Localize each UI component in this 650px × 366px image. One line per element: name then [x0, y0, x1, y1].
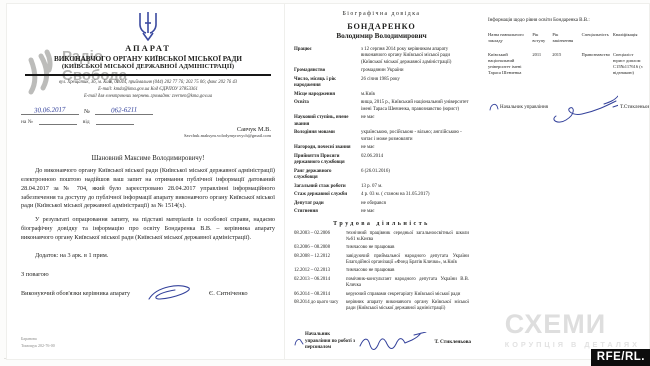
bio-field-row: Місце народженням.Київ — [294, 92, 469, 98]
addressee-email: Savchuk.maksym.volodymyrovych@gmail.com — [21, 133, 271, 138]
cell-year-end: 2015 — [552, 52, 578, 76]
col-header-year-start: Рік вступу — [532, 32, 549, 44]
handwritten-date: 30.06.2017 — [34, 106, 66, 115]
handwritten-mark-icon — [488, 101, 500, 113]
from-label: від — [83, 119, 90, 125]
ref-number-row: 30.06.2017 № 062-6211 — [21, 106, 275, 115]
bio-given-names: Володимир Володимирович — [294, 32, 469, 40]
work-row: 12.2012 – 02.2013тимчасово не працював — [294, 268, 469, 274]
letter-paragraph-2: У результаті опрацювання запиту, на підс… — [21, 216, 275, 242]
field-label: Ранг державного службовця — [294, 169, 356, 182]
salutation: Шановний Максиме Володимировичу! — [21, 155, 275, 162]
bio-field-row: Загальний стаж роботи13 р. 07 м. — [294, 184, 469, 190]
work-period: 06.2014 – 08.2014 — [294, 292, 341, 298]
work-row: 08.2008 – 12.2012завідуючий приймальної … — [294, 254, 469, 266]
field-label: Нагороди, почесні звання — [294, 145, 356, 151]
letter-signer-title: Виконуючий обов'язки керівника апарату — [21, 290, 143, 297]
bio-field-row: Громадянствогромадянин України — [294, 68, 469, 74]
blank-line — [96, 124, 134, 125]
field-value: з 12 серпня 2014 року керівником апарату… — [361, 47, 469, 66]
education-signer-title: Начальник управління — [500, 105, 548, 110]
work-desc: керуючий справами секретаріату Київської… — [346, 292, 469, 298]
letter-address-line3: E-mail для електронних звернень громадян… — [21, 93, 275, 100]
field-label: Місце народження — [294, 92, 356, 98]
letter-signature-row: Виконуючий обов'язки керівника апарату Є… — [21, 282, 275, 306]
field-value: м.Київ — [361, 92, 469, 98]
field-label: Науковий ступінь, вчене звання — [294, 115, 356, 128]
bio-field-row: Прийняття Присяги державного службовця02… — [294, 154, 469, 167]
attachment-note: Додаток: на 3 арк. в 1 прим. — [21, 252, 275, 259]
work-row: 08.2014 до цього часукерівник апарату ви… — [294, 300, 469, 312]
field-label: Прийняття Присяги державного службовця — [294, 154, 356, 167]
bio-field-row: Стягненняне має — [294, 209, 469, 215]
ukraine-trident-icon — [136, 11, 160, 41]
field-value: 13 р. 07 м. — [361, 184, 469, 190]
letter-address-line2: E-mail: kmda@kma.gov.ua Код ЄДРПОУ 37853… — [21, 86, 275, 93]
work-desc: тимчасово не працював — [346, 268, 469, 274]
work-history-list: 08.2003 – 02.2006технічний працівник сер… — [294, 231, 469, 313]
letter-org-line1: АПАРАТ — [21, 43, 275, 53]
field-value: 26 січня 1985 року — [361, 77, 469, 90]
work-row: 06.2014 – 08.2014керуючий справами секре… — [294, 292, 469, 298]
work-desc: завідуючий приймальної народного депутат… — [346, 254, 469, 266]
handwritten-mark-icon — [293, 336, 305, 348]
work-history-title: Трудова діяльність — [294, 221, 469, 227]
bio-signer-name: Т. Стикленьова — [434, 339, 471, 345]
header-rule — [25, 74, 271, 76]
field-value: українською, російською - вільно; англій… — [361, 130, 469, 143]
letter-org-line3: (КИЇВСЬКОЇ МІСЬКОЇ ДЕРЖАВНОЇ АДМІНІСТРАЦ… — [21, 63, 275, 70]
work-desc: керівник апарату виконавчого органу Київ… — [346, 300, 469, 312]
number-sign-label: № — [84, 109, 90, 115]
work-desc: тимчасово не працював — [346, 245, 469, 251]
bio-signer-title: Начальник управління по роботі з персона… — [305, 332, 356, 351]
schemes-watermark: СХЕМИ КОРУПЦІЯ В ДЕТАЛЯХ — [505, 311, 640, 349]
bio-field-row: Науковий ступінь, вчене званняне має — [294, 115, 469, 128]
cell-specialty: Правознавство — [582, 52, 610, 76]
executor-name: Баранова — [21, 336, 55, 343]
work-period: 08.2008 – 12.2012 — [294, 254, 341, 266]
field-label: Громадянство — [294, 68, 356, 74]
education-document: Інформація щодо рівня освіти Бондаренка … — [477, 3, 650, 360]
education-table: Назва навчального закладу Рік вступу Рік… — [488, 32, 643, 76]
letter-document: Радіо Свобода АПАРАТ ВИКОНАВЧОГО ОРГАНУ … — [6, 3, 288, 360]
bio-field-row: Володіння мовамиукраїнською, російською … — [294, 130, 469, 143]
col-header-qualification: Кваліфікація — [613, 32, 643, 44]
executor-phone: Тимощук 202-76-00 — [21, 343, 55, 350]
col-header-institution: Назва навчального закладу — [488, 32, 529, 44]
work-period: 12.2012 – 02.2013 — [294, 268, 341, 274]
work-period: 02.2013 – 06.2014 — [294, 277, 341, 289]
addressee-name: Савчук М.В. — [21, 126, 271, 133]
field-value: 4 р. 03 м. ( станом на 31.05.2017) — [361, 192, 469, 198]
on-number-label: на № — [21, 119, 33, 125]
field-label: Стаж державної служби — [294, 192, 356, 198]
executor-footer: Баранова Тимощук 202-76-00 — [21, 336, 55, 350]
letter-signer-name: Є. Ситніченко — [209, 290, 248, 297]
col-header-year-end: Рік закінчення — [552, 32, 578, 44]
col-header-specialty: Спеціальність — [582, 32, 610, 44]
bio-doc-type: Біографічна довідка — [294, 11, 469, 17]
scanned-documents-canvas: Радіо Свобода АПАРАТ ВИКОНАВЧОГО ОРГАНУ … — [0, 0, 650, 366]
bio-field-row: Працюєз 12 серпня 2014 року керівником а… — [294, 47, 469, 66]
cell-qualification: Спеціаліст юрист диплом С15№117616 (з ві… — [613, 52, 643, 76]
field-value: 6 (26.01.2016) — [361, 169, 469, 182]
closing-phrase: З повагою — [21, 271, 275, 278]
bio-field-row: Стаж державної служби4 р. 03 м. ( станом… — [294, 192, 469, 198]
field-value: вища, 2015 р., Київський національний ун… — [361, 100, 469, 113]
addressee-block: Савчук М.В. Savchuk.maksym.volodymyrovyc… — [21, 126, 275, 138]
signature-scribble-icon — [356, 332, 430, 352]
field-label: Депутат ради — [294, 201, 356, 207]
field-label: Працює — [294, 47, 356, 66]
work-row: 08.2003 – 02.2006технічний працівник сер… — [294, 231, 469, 243]
bio-fields-list: Працюєз 12 серпня 2014 року керівником а… — [294, 47, 469, 216]
education-signer-name: Т.Стикленьова — [620, 104, 650, 110]
field-label: Освіта — [294, 100, 356, 113]
field-value: не має — [361, 115, 469, 128]
field-value: громадянин України — [361, 68, 469, 74]
work-period: 08.2003 – 02.2006 — [294, 231, 341, 243]
education-table-row: Київський національний університет імені… — [488, 52, 643, 76]
letter-paragraph-1: До виконавчого органу Київської міської … — [21, 167, 275, 211]
field-label: Загальний стаж роботи — [294, 184, 356, 190]
work-desc: технічний працівник середньої загальноос… — [346, 231, 469, 243]
field-value: 02.06.2014 — [361, 154, 469, 167]
work-period: 08.2014 до цього часу — [294, 300, 341, 312]
field-label: Володіння мовами — [294, 130, 356, 143]
bio-surname: БОНДАРЕНКО — [294, 22, 469, 31]
field-label: Стягнення — [294, 209, 356, 215]
schemes-subtitle: КОРУПЦІЯ В ДЕТАЛЯХ — [505, 340, 640, 349]
bio-field-row: Число, місяць і рік народження26 січня 1… — [294, 77, 469, 90]
letter-org-line2: ВИКОНАВЧОГО ОРГАНУ КИЇВСЬКОЇ МІСЬКОЇ РАД… — [21, 55, 275, 63]
bio-field-row: Ранг державного службовця6 (26.01.2016) — [294, 169, 469, 182]
cell-institution: Київський національний університет імені… — [488, 52, 529, 76]
blank-line — [39, 124, 77, 125]
bio-certificate-document: Біографічна довідка БОНДАРЕНКО Володимир… — [284, 3, 478, 360]
work-row: 02.2013 – 06.2014помічник-консультант на… — [294, 277, 469, 289]
education-signature-row: Начальник управління Т.Стикленьова — [488, 90, 643, 124]
signature-scribble-icon — [548, 90, 618, 124]
field-label: Число, місяць і рік народження — [294, 77, 356, 90]
bio-field-row: Депутат радине обирався — [294, 201, 469, 207]
field-value: не має — [361, 209, 469, 215]
signature-scribble-icon — [143, 282, 195, 306]
work-row: 03.2006 – 08.2008тимчасово не працював — [294, 245, 469, 251]
bio-field-row: Нагороди, почесні званняне має — [294, 145, 469, 151]
cell-year-start: 2011 — [532, 52, 549, 76]
education-title: Інформація щодо рівня освіти Бондаренка … — [488, 18, 643, 23]
work-period: 03.2006 – 08.2008 — [294, 245, 341, 251]
field-value: не має — [361, 145, 469, 151]
schemes-title: СХЕМИ — [505, 311, 640, 338]
bio-signature-row: Начальник управління по роботі з персона… — [293, 332, 471, 352]
handwritten-ref-number: 062-6211 — [110, 106, 137, 115]
rferl-logo: RFE/RL. — [591, 349, 650, 366]
education-table-header: Назва навчального закладу Рік вступу Рік… — [488, 32, 643, 44]
field-value: не обирався — [361, 201, 469, 207]
bio-field-row: Освітавища, 2015 р., Київський національ… — [294, 100, 469, 113]
letter-address-line1: вул. Хрещатик, 36, м. Київ, 01044, прийм… — [21, 79, 275, 86]
work-desc: помічник-консультант народного депутата … — [346, 277, 469, 289]
reply-ref-row: на № від — [21, 119, 275, 125]
